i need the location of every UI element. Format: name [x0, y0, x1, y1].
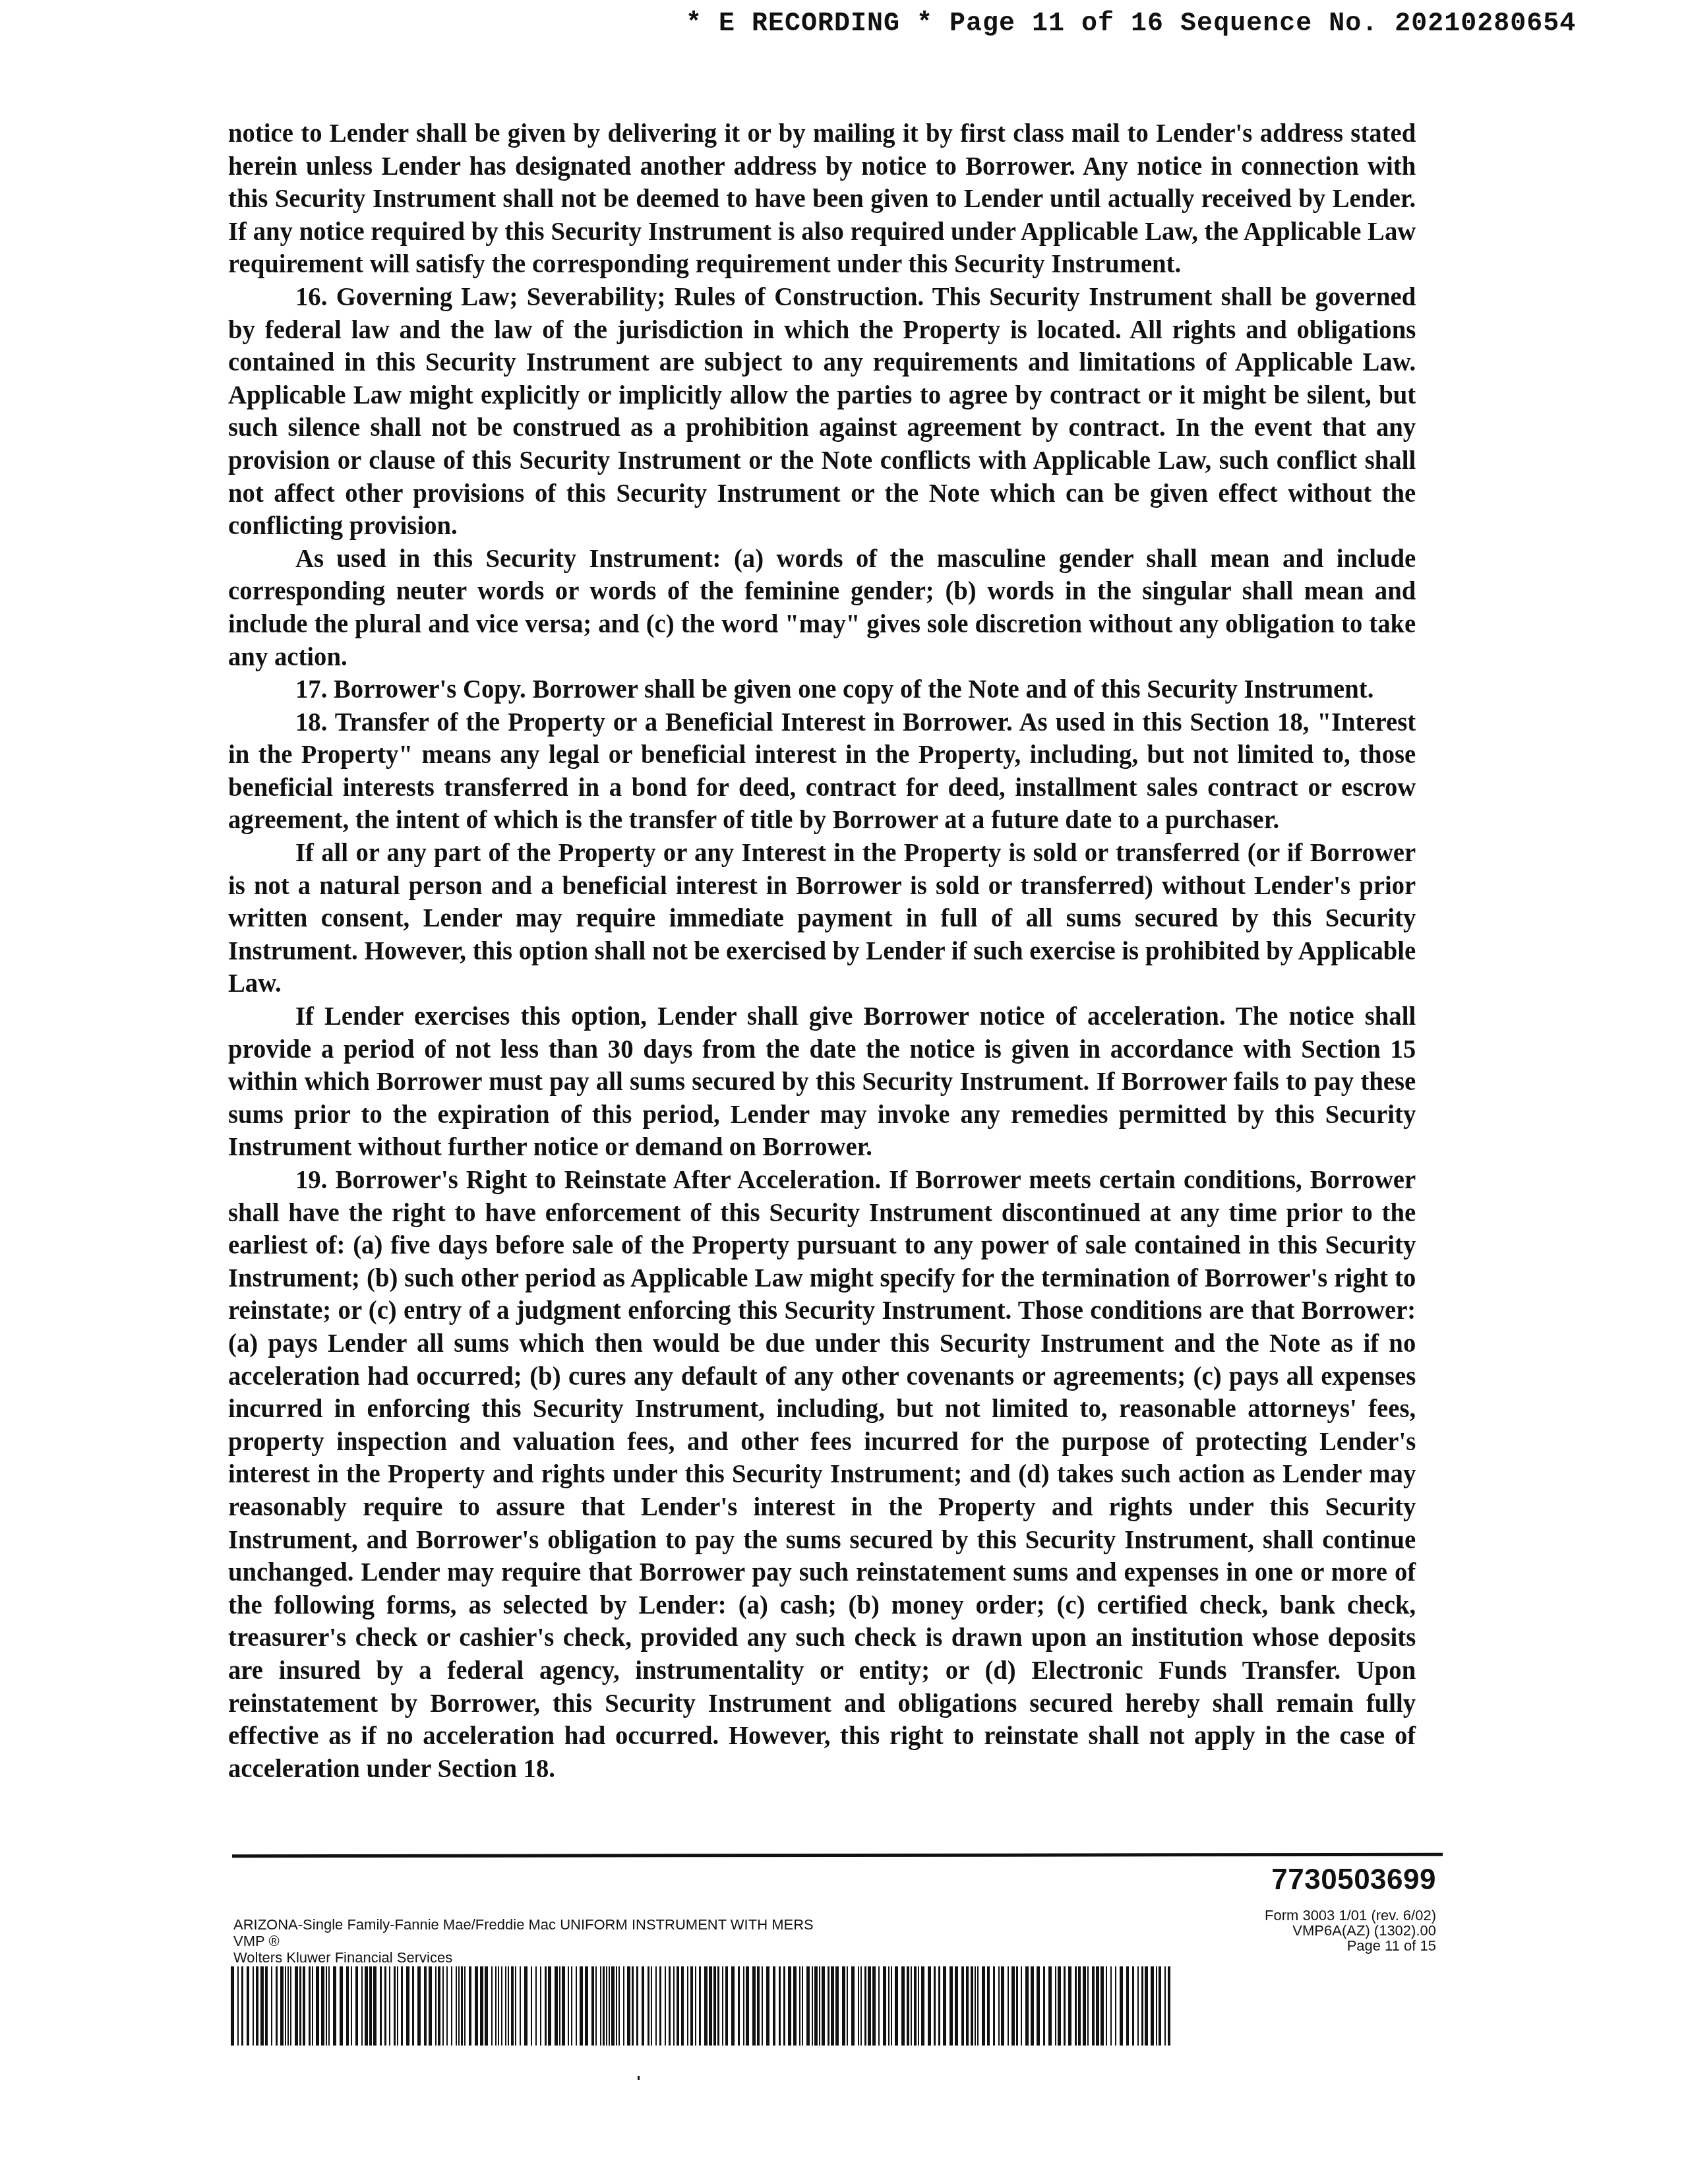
barcode-bar [847, 1966, 848, 2046]
barcode-bar [491, 1966, 493, 2046]
barcode-bar [321, 1966, 324, 2046]
barcode-bar [442, 1966, 444, 2046]
barcode-bar [699, 1966, 702, 2046]
barcode-bar [531, 1966, 532, 2046]
barcode-bar [831, 1966, 834, 2046]
barcode-bar [655, 1966, 657, 2046]
barcode-bar [977, 1966, 979, 2046]
barcode-bar [394, 1966, 396, 2046]
barcode-bar [618, 1966, 620, 2046]
barcode-bar [417, 1966, 421, 2046]
barcode-bar [757, 1966, 760, 2046]
barcode-bar [555, 1966, 558, 2046]
barcode-bar [606, 1966, 607, 2046]
barcode-bar [975, 1966, 976, 2046]
barcode-bar [316, 1966, 319, 2046]
barcode-bar [987, 1966, 990, 2046]
barcode-bar [505, 1966, 506, 2046]
barcode-bar [380, 1966, 382, 2046]
barcode-bar [424, 1966, 427, 2046]
barcode-bar [247, 1966, 249, 2046]
barcode-bar [1159, 1966, 1161, 2046]
barcode-bar [458, 1966, 460, 2046]
barcode-bar [1078, 1966, 1081, 2046]
barcode-bar [860, 1966, 862, 2046]
barcode-bar [401, 1966, 404, 2046]
barcode-bar [540, 1966, 541, 2046]
barcode-bar [1048, 1966, 1052, 2046]
barcode-bar [982, 1966, 985, 2046]
barcode-bar [907, 1966, 909, 2046]
barcode-bar [1016, 1966, 1019, 2046]
barcode-bar [722, 1966, 723, 2046]
barcode-bar [559, 1966, 560, 2046]
section-heading: 17. Borrower's Copy. [295, 675, 526, 704]
barcode-bar [295, 1966, 298, 2046]
barcode-icon [231, 1966, 1172, 2046]
barcode-bar [1068, 1966, 1071, 2046]
barcode-bar [1064, 1966, 1066, 2046]
barcode-bar [690, 1966, 693, 2046]
barcode-bar [461, 1966, 464, 2046]
barcode-bar [373, 1966, 377, 2046]
paragraph-text: This Security Instrument shall be govern… [228, 282, 1416, 540]
barcode-bar [950, 1966, 953, 2046]
barcode-bar [648, 1966, 650, 2046]
barcode-bar [1156, 1966, 1157, 2046]
section-heading: 18. Transfer of the Property or a Benefi… [295, 708, 1013, 737]
barcode-bar [1043, 1966, 1046, 2046]
barcode-bar [681, 1966, 684, 2046]
barcode-bar [998, 1966, 1000, 2046]
barcode-bar [891, 1966, 892, 2046]
barcode-bar [851, 1966, 855, 2046]
barcode-bar [595, 1966, 597, 2046]
barcode-bar [1055, 1966, 1056, 2046]
barcode-bar [1141, 1966, 1144, 2046]
barcode-bar [1058, 1966, 1061, 2046]
barcode-bar [802, 1966, 803, 2046]
barcode-bar [495, 1966, 497, 2046]
barcode-bar [1025, 1966, 1029, 2046]
barcode-bar [1120, 1966, 1123, 2046]
paragraph-construction-rules: As used in this Security Instrument: (a)… [228, 543, 1416, 673]
barcode-bar [659, 1966, 662, 2046]
barcode-bar [901, 1966, 905, 2046]
barcode-bar [1096, 1966, 1099, 2046]
barcode-bar [842, 1966, 845, 2046]
section-heading: 19. Borrower's Right to Reinstate After … [295, 1165, 881, 1194]
barcode-bar [406, 1966, 409, 2046]
barcode-bar [346, 1966, 349, 2046]
barcode-bar [312, 1966, 313, 2046]
barcode-bar [340, 1966, 343, 2046]
barcode-bar [285, 1966, 286, 2046]
paragraph-sale-or-transfer: If all or any part of the Property or an… [228, 837, 1416, 1000]
barcode-bar [673, 1966, 675, 2046]
form-page-number: Page 11 of 15 [1265, 1938, 1436, 1953]
barcode-bar [677, 1966, 679, 2046]
barcode-bar [361, 1966, 363, 2046]
barcode-bar [779, 1966, 781, 2046]
section-18-transfer-of-property: 18. Transfer of the Property or a Benefi… [228, 706, 1416, 837]
footer-form-info: Form 3003 1/01 (rev. 6/02) VMP6A(AZ) (13… [1265, 1908, 1436, 1953]
paragraph-text: notice to Lender shall be given by deliv… [228, 119, 1416, 278]
barcode-bar [535, 1966, 537, 2046]
barcode-bar [580, 1966, 583, 2046]
barcode-bar [651, 1966, 652, 2046]
barcode-bar [609, 1966, 610, 2046]
paragraph-text: Borrower shall be given one copy of the … [526, 675, 1374, 704]
barcode-bar [888, 1966, 889, 2046]
barcode-bar [576, 1966, 577, 2046]
barcode-bar [828, 1966, 830, 2046]
barcode-bar [1137, 1966, 1139, 2046]
barcode-bar [256, 1966, 258, 2046]
barcode-bar [872, 1966, 876, 2046]
barcode-bar [1168, 1966, 1170, 2046]
barcode-bar [835, 1966, 839, 2046]
barcode-bar [485, 1966, 488, 2046]
barcode-bar [766, 1966, 769, 2046]
barcode-bar [864, 1966, 867, 2046]
barcode-bar [260, 1966, 264, 2046]
barcode-bar [568, 1966, 569, 2046]
barcode-bar [369, 1966, 372, 2046]
barcode-bar [1126, 1966, 1129, 2046]
recording-stamp-header: * E RECORDING * Page 11 of 16 Sequence N… [686, 9, 1675, 39]
barcode-bar [480, 1966, 483, 2046]
loan-number: 7730503699 [1271, 1864, 1436, 1896]
barcode-bar [299, 1966, 302, 2046]
barcode-bar [687, 1966, 688, 2046]
paragraph-text: If all or any part of the Property or an… [228, 838, 1416, 998]
barcode-bar [290, 1966, 291, 2046]
barcode-bar [603, 1966, 605, 2046]
barcode-bar [456, 1966, 457, 2046]
barcode-bar [545, 1966, 547, 2046]
barcode-bar [883, 1966, 886, 2046]
barcode-bar [351, 1966, 352, 2046]
barcode-bar [389, 1966, 390, 2046]
barcode-bar [738, 1966, 740, 2046]
barcode-bar [911, 1966, 912, 2046]
barcode-bar [1164, 1966, 1166, 2046]
barcode-bar [752, 1966, 756, 2046]
barcode-bar [520, 1966, 521, 2046]
form-code: VMP6A(AZ) (1302).00 [1265, 1923, 1436, 1938]
barcode-bar [548, 1966, 551, 2046]
barcode-bar [435, 1966, 437, 2046]
barcode-bar [1008, 1966, 1009, 2046]
barcode-bar [303, 1966, 305, 2046]
barcode-bar [591, 1966, 594, 2046]
barcode-bar [993, 1966, 996, 2046]
barcode-bar [265, 1966, 268, 2046]
barcode-bar [451, 1966, 452, 2046]
paragraph-text: If Lender exercises this option, Lender … [228, 1002, 1416, 1161]
vmp-mark: VMP ® [233, 1933, 814, 1949]
barcode-bar [878, 1966, 880, 2046]
barcode-bar [632, 1966, 634, 2046]
barcode-bar [280, 1966, 284, 2046]
barcode-bar [1100, 1966, 1104, 2046]
barcode-bar [783, 1966, 786, 2046]
barcode-bar [928, 1966, 931, 2046]
barcode-bar [524, 1966, 527, 2046]
barcode-bar [971, 1966, 973, 2046]
paragraph-text: If Borrower meets certain conditions, Bo… [228, 1165, 1416, 1783]
barcode-bar [623, 1966, 624, 2046]
barcode-bar [713, 1966, 716, 2046]
barcode-bar [642, 1966, 644, 2046]
paragraph-notice-continuation: notice to Lender shall be given by deliv… [228, 117, 1416, 281]
barcode-bar [571, 1966, 572, 2046]
barcode-bar [397, 1966, 398, 2046]
barcode-bar [253, 1966, 254, 2046]
barcode-bar [665, 1966, 666, 2046]
footer-form-description: ARIZONA-Single Family-Fannie Mae/Freddie… [233, 1916, 814, 1966]
barcode-bar [746, 1966, 749, 2046]
barcode-bar [446, 1966, 448, 2046]
barcode-bar [704, 1966, 708, 2046]
barcode-bar [464, 1966, 466, 2046]
barcode-bar [895, 1966, 898, 2046]
barcode-bar [1037, 1966, 1040, 2046]
barcode-bar [384, 1966, 387, 2046]
barcode-bar [1001, 1966, 1004, 2046]
barcode-bar [469, 1966, 471, 2046]
barcode-bar [731, 1966, 735, 2046]
barcode-bar [511, 1966, 514, 2046]
barcode-bar [600, 1966, 601, 2046]
barcode-bar [743, 1966, 744, 2046]
footer-divider [232, 1853, 1443, 1858]
barcode-bar [943, 1966, 946, 2046]
barcode-bar [237, 1966, 239, 2046]
barcode-bar [1145, 1966, 1148, 2046]
barcode-bar [1115, 1966, 1116, 2046]
barcode-bar [515, 1966, 516, 2046]
barcode-bar [562, 1966, 565, 2046]
barcode-bar [287, 1966, 289, 2046]
section-heading: 16. Governing Law; Severability; Rules o… [295, 282, 924, 311]
barcode-bar [241, 1966, 244, 2046]
barcode-bar [1021, 1966, 1022, 2046]
barcode-bar [438, 1966, 440, 2046]
barcode-bar [806, 1966, 810, 2046]
barcode-bar [501, 1966, 502, 2046]
barcode-bar [868, 1966, 871, 2046]
barcode-bar [276, 1966, 278, 2046]
barcode-bar [1087, 1966, 1089, 2046]
barcode-bar [1151, 1966, 1154, 2046]
barcode-bar [914, 1966, 917, 2046]
barcode-bar [271, 1966, 272, 2046]
barcode-bar [627, 1966, 630, 2046]
barcode-bar [508, 1966, 509, 2046]
barcode-bar [1075, 1966, 1077, 2046]
barcode-bar [709, 1966, 712, 2046]
barcode-bar [717, 1966, 720, 2046]
section-16-governing-law: 16. Governing Law; Severability; Rules o… [228, 281, 1416, 543]
barcode-bar [918, 1966, 919, 2046]
barcode-bar [961, 1966, 964, 2046]
form-title: ARIZONA-Single Family-Fannie Mae/Freddie… [233, 1916, 814, 1933]
barcode-bar [1031, 1966, 1034, 2046]
barcode-bar [333, 1966, 336, 2046]
barcode-bar [725, 1966, 728, 2046]
paragraph-text: As used in this Security Instrument: (a)… [228, 544, 1416, 671]
barcode-bar [814, 1966, 818, 2046]
paragraph-notice-of-acceleration: If Lender exercises this option, Lender … [228, 1000, 1416, 1164]
barcode-bar [793, 1966, 797, 2046]
barcode-bar [1011, 1966, 1015, 2046]
barcode-bar [822, 1966, 825, 2046]
barcode-bar [819, 1966, 820, 2046]
barcode-bar [616, 1966, 617, 2046]
section-17-borrowers-copy: 17. Borrower's Copy. Borrower shall be g… [228, 673, 1416, 706]
barcode-bar [695, 1966, 696, 2046]
barcode-bar [858, 1966, 859, 2046]
document-body: notice to Lender shall be given by deliv… [228, 117, 1416, 1785]
barcode-bar [669, 1966, 671, 2046]
barcode-bar [1106, 1966, 1107, 2046]
barcode-bar [934, 1966, 936, 2046]
barcode-bar [773, 1966, 775, 2046]
barcode-bar [231, 1966, 234, 2046]
section-19-right-to-reinstate: 19. Borrower's Right to Reinstate After … [228, 1164, 1416, 1785]
publisher-name: Wolters Kluwer Financial Services [233, 1949, 814, 1966]
barcode-bar [611, 1966, 615, 2046]
barcode-bar [429, 1966, 432, 2046]
barcode-bar [1110, 1966, 1112, 2046]
barcode-bar [326, 1966, 327, 2046]
barcode-bar [475, 1966, 478, 2046]
barcode-bar [636, 1966, 639, 2046]
scan-artifact-dot [638, 2076, 640, 2080]
barcode-bar [1132, 1966, 1135, 2046]
barcode-bar [309, 1966, 311, 2046]
barcode-bar [938, 1966, 941, 2046]
barcode-bar [328, 1966, 330, 2046]
barcode-bar [585, 1966, 588, 2046]
barcode-bar [921, 1966, 924, 2046]
barcode-bar [365, 1966, 368, 2046]
barcode-bar [355, 1966, 358, 2046]
barcode-bar [788, 1966, 791, 2046]
barcode-bar [1092, 1966, 1095, 2046]
barcode-bar [498, 1966, 499, 2046]
barcode-bar [812, 1966, 813, 2046]
barcode-bar [412, 1966, 415, 2046]
barcode-bar [762, 1966, 763, 2046]
barcode-bar [955, 1966, 958, 2046]
form-number: Form 3003 1/01 (rev. 6/02) [1265, 1908, 1436, 1923]
barcode-bar [966, 1966, 969, 2046]
barcode-bar [1083, 1966, 1086, 2046]
barcode-bar [799, 1966, 800, 2046]
